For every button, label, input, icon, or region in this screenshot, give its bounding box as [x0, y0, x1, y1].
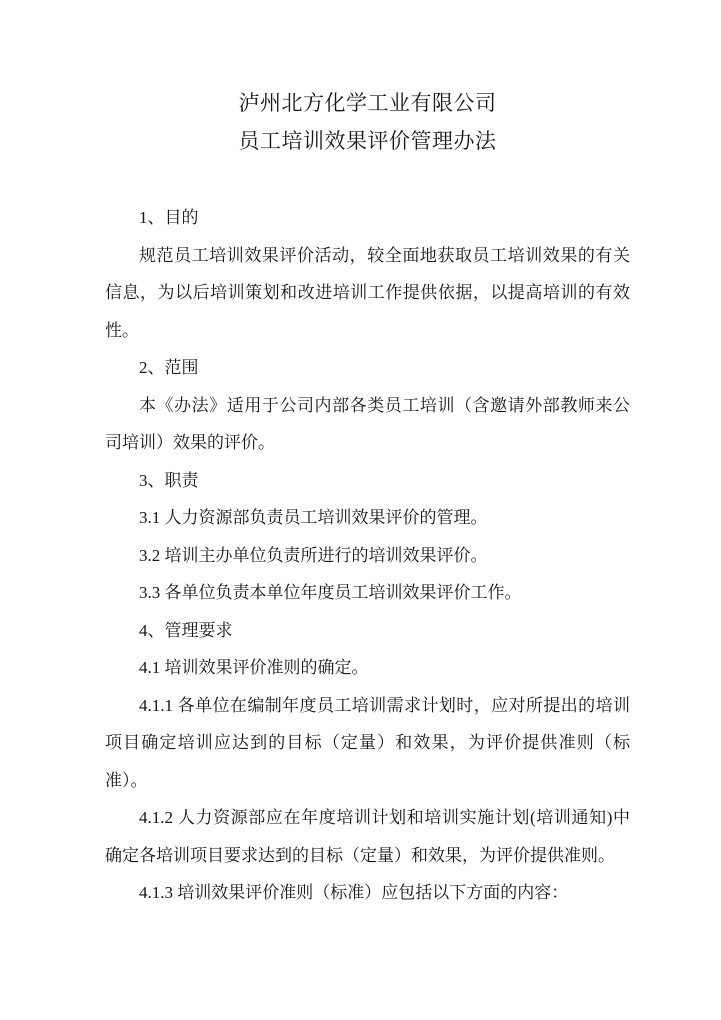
- document-title-line-subject: 员工培训效果评价管理办法: [105, 122, 630, 160]
- document-page: 泸州北方化学工业有限公司 员工培训效果评价管理办法 1、目的 规范员工培训效果评…: [0, 0, 721, 1020]
- paragraph-responsibility-3-2: 3.2 培训主办单位负责所进行的培训效果评价。: [105, 537, 630, 575]
- paragraph-scope-text: 本《办法》适用于公司内部各类员工培训（含邀请外部教师来公司培训）效果的评价。: [105, 387, 630, 462]
- document-title: 泸州北方化学工业有限公司 员工培训效果评价管理办法: [105, 84, 630, 160]
- paragraph-requirement-4-1-1: 4.1.1 各单位在编制年度员工培训需求计划时，应对所提出的培训项目确定培训应达…: [105, 687, 630, 800]
- paragraph-responsibility-3-1: 3.1 人力资源部负责员工培训效果评价的管理。: [105, 499, 630, 537]
- heading-management-requirements: 4、管理要求: [105, 612, 630, 650]
- paragraph-purpose-text: 规范员工培训效果评价活动，较全面地获取员工培训效果的有关信息，为以后培训策划和改…: [105, 237, 630, 350]
- paragraph-requirement-4-1: 4.1 培训效果评价准则的确定。: [105, 649, 630, 687]
- paragraph-requirement-4-1-3: 4.1.3 培训效果评价准则（标准）应包括以下方面的内容：: [105, 874, 630, 912]
- heading-scope: 2、范围: [105, 349, 630, 387]
- heading-responsibilities: 3、职责: [105, 462, 630, 500]
- document-body: 1、目的 规范员工培训效果评价活动，较全面地获取员工培训效果的有关信息，为以后培…: [105, 199, 630, 912]
- document-title-line-company: 泸州北方化学工业有限公司: [105, 84, 630, 122]
- paragraph-responsibility-3-3: 3.3 各单位负责本单位年度员工培训效果评价工作。: [105, 574, 630, 612]
- heading-purpose: 1、目的: [105, 199, 630, 237]
- paragraph-requirement-4-1-2: 4.1.2 人力资源部应在年度培训计划和培训实施计划(培训通知)中确定各培训项目…: [105, 799, 630, 874]
